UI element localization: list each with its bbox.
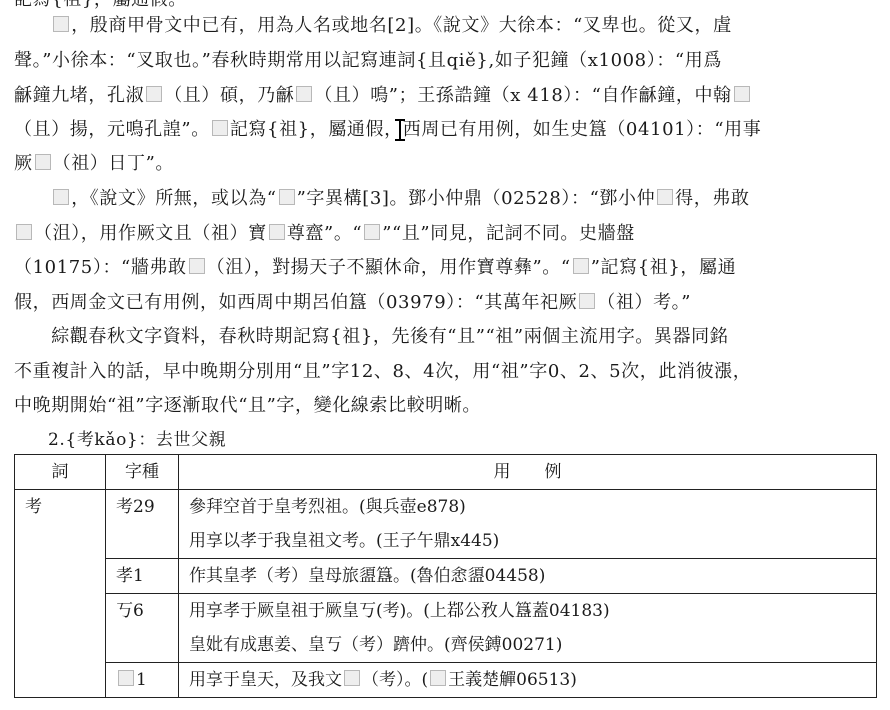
form-cell: 丂6 <box>106 594 179 663</box>
ancient-character-image-icon <box>16 224 32 240</box>
ancient-character-image-icon <box>212 120 228 136</box>
p1-line-4: （且）揚，元鳴孔諻”。記寫{祖}，屬通假，西周已有用例，如生史簋（04101）：… <box>14 118 761 142</box>
ancient-character-image-icon <box>734 86 750 102</box>
p3-line-3: 中晚期開始“祖”字逐漸取代“且”字，變化線索比較明晰。 <box>14 394 481 418</box>
ancient-character-image-icon <box>364 224 380 240</box>
table-header-row: 詞 字種 用 例 <box>15 455 877 490</box>
p1-line-5: 厥（祖）日丁”。 <box>14 152 174 176</box>
ancient-character-image-icon <box>35 154 51 170</box>
example-text: 皇妣有成惠姜、皇丂（考）躋仲。(齊侯鎛00271) <box>189 628 866 662</box>
ancient-character-image-icon <box>430 670 446 686</box>
header-examples: 用 例 <box>179 455 877 490</box>
p3-line-1: 綜觀春秋文字資料，春秋時期記寫{祖}，先後有“且”“祖”兩個主流用字。異器同銘 <box>14 325 728 349</box>
ancient-character-image-icon <box>189 258 205 274</box>
p1-line-1: ，殷商甲骨文中已有，用為人名或地名[2]。《說文》大徐本：“叉卑也。從又，虘 <box>14 14 732 38</box>
p2-line-2: （沮），用作厥文且（祖）寶尊齍”。“”“且”同見，記詞不同。史牆盤 <box>14 222 635 246</box>
ancient-character-image-icon <box>573 258 589 274</box>
ancient-character-image-icon <box>344 670 360 686</box>
section-heading: 2.{考kǎo}：去世父親 <box>48 428 226 452</box>
examples-cell: 用享孝于厥皇祖于厥皇丂(考)。(上鄀公敄人簋蓋04183) 皇妣有成惠姜、皇丂（… <box>179 594 877 663</box>
table-row: 孝1 作其皇孝（考）皇母旅盨簋。(魯伯悆盨04458) <box>15 559 877 594</box>
table-row: 丂6 用享孝于厥皇祖于厥皇丂(考)。(上鄀公敄人簋蓋04183) 皇妣有成惠姜、… <box>15 594 877 663</box>
example-text: 作其皇孝（考）皇母旅盨簋。(魯伯悆盨04458) <box>189 559 866 593</box>
clipped-top-line: 記寫{祖}，屬通假。 <box>14 0 187 12</box>
p2-line-1: ，《說文》所無，或以為“”字異構[3]。鄧小仲鼎（02528）：“鄧小仲得，弗敢 <box>14 187 750 211</box>
ancient-character-image-icon <box>53 189 69 205</box>
p1-line-2: 聲。”小徐本：“叉取也。”春秋時期常用以記寫連詞{且qiě},如子犯鐘（x100… <box>14 49 722 73</box>
examples-cell: 用享于皇天，及我文（考）。(王義楚觶06513) <box>179 663 877 698</box>
p1-line-3: 龢鐘九堵，孔淑（且）碩，乃龢（且）鳴”；王孫誥鐘（x 418）：“自作龢鐘，中翰 <box>14 84 752 108</box>
example-text: 參拜空首于皇考烈祖。(與兵壺e878) <box>189 490 866 524</box>
word-cell: 考 <box>15 490 106 698</box>
examples-cell: 參拜空首于皇考烈祖。(與兵壺e878) 用享以孝于我皇祖文考。(王子午鼎x445… <box>179 490 877 559</box>
ancient-character-image-icon <box>279 189 295 205</box>
ancient-character-image-icon <box>146 86 162 102</box>
usage-table: 詞 字種 用 例 考 考29 參拜空首于皇考烈祖。(與兵壺e878) 用享以孝于… <box>14 454 877 698</box>
p2-line-3: （10175）：“牆弗敢（沮），對揚天子不顯休命，用作寶尊彝”。“”記寫{祖}，… <box>14 256 736 280</box>
ancient-character-image-icon <box>579 293 595 309</box>
form-cell: 孝1 <box>106 559 179 594</box>
header-form: 字種 <box>106 455 179 490</box>
ancient-character-image-icon <box>296 86 312 102</box>
form-cell: 考29 <box>106 490 179 559</box>
example-text: 用享孝于厥皇祖于厥皇丂(考)。(上鄀公敄人簋蓋04183) <box>189 594 866 628</box>
example-text: 用享以孝于我皇祖文考。(王子午鼎x445) <box>189 524 866 558</box>
example-text: 用享于皇天，及我文（考）。(王義楚觶06513) <box>189 663 866 697</box>
ancient-character-image-icon <box>118 670 134 686</box>
ancient-character-image-icon <box>53 16 69 32</box>
p2-line-4: 假，西周金文已有用例，如西周中期呂伯簋（03979）：“其萬年祀厥（祖）考。” <box>14 291 691 315</box>
ancient-character-image-icon <box>269 224 285 240</box>
table-row: 考 考29 參拜空首于皇考烈祖。(與兵壺e878) 用享以孝于我皇祖文考。(王子… <box>15 490 877 559</box>
header-word: 詞 <box>15 455 106 490</box>
ancient-character-image-icon <box>657 189 673 205</box>
table-row: 1 用享于皇天，及我文（考）。(王義楚觶06513) <box>15 663 877 698</box>
text-ibeam-cursor-icon <box>393 118 407 142</box>
examples-cell: 作其皇孝（考）皇母旅盨簋。(魯伯悆盨04458) <box>179 559 877 594</box>
p3-line-2: 不重複計入的話，早中晚期分別用“且”字12、8、4次，用“祖”字0、2、5次，此… <box>14 360 751 384</box>
form-cell: 1 <box>106 663 179 698</box>
